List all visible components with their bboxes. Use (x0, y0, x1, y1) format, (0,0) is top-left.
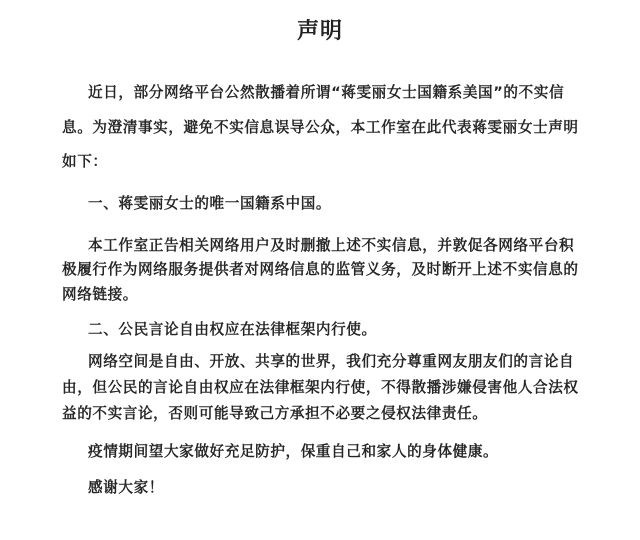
paragraph-1-line-1: 近日，部分网络平台公然散播着所谓“蒋雯丽女士国籍系美国”的不实信 (88, 81, 564, 102)
heading-point-2: 二、公民言论自由权应在法律框架内行使。 (88, 318, 377, 339)
paragraph-4: 疫情期间望大家做好充足防护，保重自己和家人的身体健康。 (88, 440, 498, 461)
paragraph-3-line-1: 网络空间是自由、开放、共享的世界，我们充分尊重网友朋友们的言论自 (88, 350, 574, 371)
paragraph-3-line-2: 由，但公民的言论自由权应在法律框架内行使，不得散播涉嫌侵害他人合法权 (62, 376, 579, 397)
closing-thanks: 感谢大家！ (88, 476, 164, 497)
paragraph-2-line-1: 本工作室正告相关网络用户及时删撤上述不实信息，并敦促各网络平台积 (88, 234, 574, 255)
statement-title: 声明 (0, 14, 640, 45)
paragraph-1-line-3: 如下： (62, 150, 108, 171)
paragraph-1-line-2: 息。为澄清事实，避免不实信息误导公众，本工作室在此代表蒋雯丽女士声明 (62, 116, 579, 137)
paragraph-2-line-2: 极履行作为网络服务提供者对网络信息的监管义务，及时断开上述不实信息的 (62, 258, 579, 279)
paragraph-2-line-3: 网络链接。 (62, 283, 138, 304)
paragraph-3-line-3: 益的不实言论，否则可能导致己方承担不必要之侵权法律责任。 (62, 402, 487, 423)
heading-point-1: 一、蒋雯丽女士的唯一国籍系中国。 (88, 192, 331, 213)
